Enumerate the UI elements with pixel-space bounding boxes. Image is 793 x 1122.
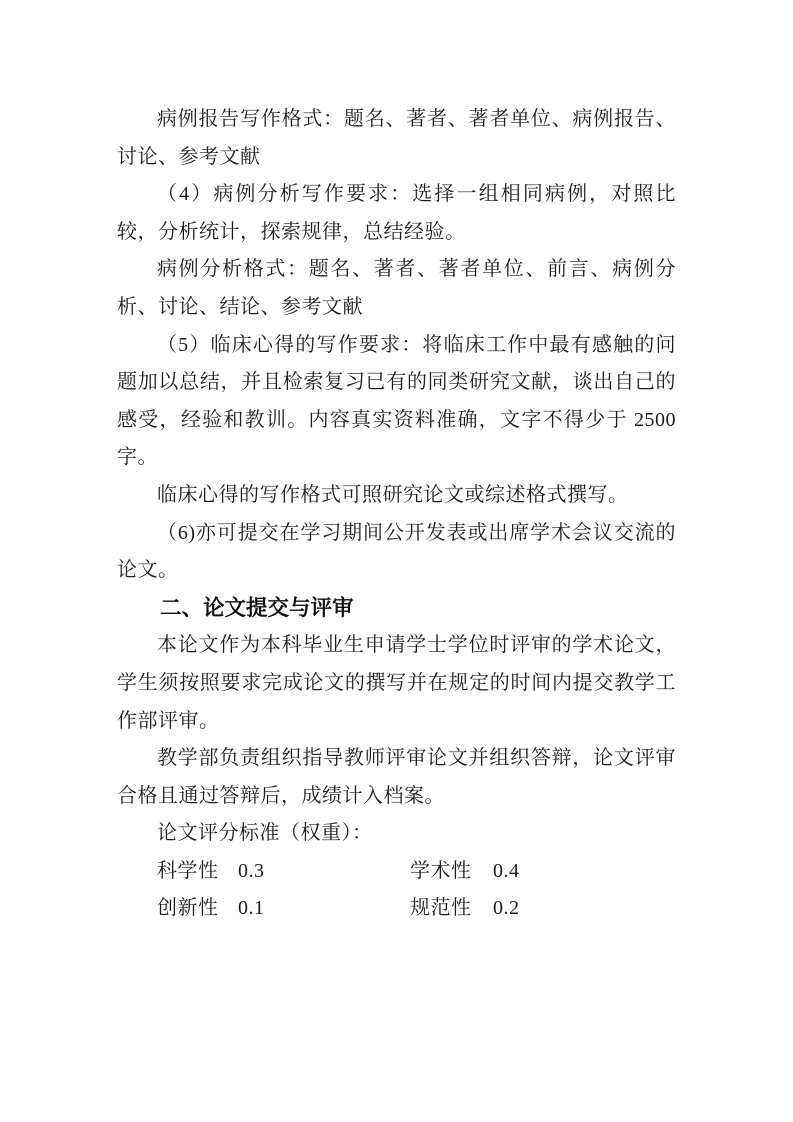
document-page: 病例报告写作格式：题名、著者、著者单位、病例报告、讨论、参考文献 （4）病例分析… — [0, 0, 793, 1122]
section-heading-submission-review: 二、论文提交与评审 — [117, 590, 676, 628]
weights-row-2: 创新性 0.1 规范性 0.2 — [117, 890, 676, 928]
paragraph-review-defense: 教学部负责组织指导教师评审论文并组织答辩，论文评审合格且通过答辩后，成绩计入档案… — [117, 740, 676, 815]
paragraph-thesis-purpose: 本论文作为本科毕业生申请学士学位时评审的学术论文，学生须按照要求完成论文的撰写并… — [117, 627, 676, 740]
weights-row-1: 科学性 0.3 学术性 0.4 — [117, 853, 676, 891]
weight-value-scientific: 0.3 — [238, 853, 265, 891]
paragraph-clinical-insight-format: 临床心得的写作格式可照研究论文或综述格式撰写。 — [117, 477, 676, 515]
weight-label-innovation: 创新性 — [157, 890, 219, 928]
weight-value-academic: 0.4 — [493, 853, 520, 891]
scoring-weights-table: 科学性 0.3 学术性 0.4 创新性 0.1 规范性 0.2 — [117, 853, 676, 928]
paragraph-published-papers: （6)亦可提交在学习期间公开发表或出席学术会议交流的论文。 — [117, 515, 676, 590]
paragraph-case-analysis-format: 病例分析格式：题名、著者、著者单位、前言、病例分析、讨论、结论、参考文献 — [117, 251, 676, 326]
paragraph-case-report-format: 病例报告写作格式：题名、著者、著者单位、病例报告、讨论、参考文献 — [117, 101, 676, 176]
weight-label-academic: 学术性 — [410, 853, 472, 891]
paragraph-case-analysis-requirements: （4）病例分析写作要求：选择一组相同病例，对照比较，分析统计，探索规律，总结经验… — [117, 176, 676, 251]
paragraph-scoring-standard-label: 论文评分标准（权重）： — [117, 815, 676, 853]
weight-value-standardization: 0.2 — [493, 890, 520, 928]
weight-value-innovation: 0.1 — [238, 890, 265, 928]
weight-label-standardization: 规范性 — [410, 890, 472, 928]
weight-label-scientific: 科学性 — [157, 853, 219, 891]
paragraph-clinical-insight-requirements: （5）临床心得的写作要求：将临床工作中最有感触的问题加以总结，并且检索复习已有的… — [117, 327, 676, 477]
